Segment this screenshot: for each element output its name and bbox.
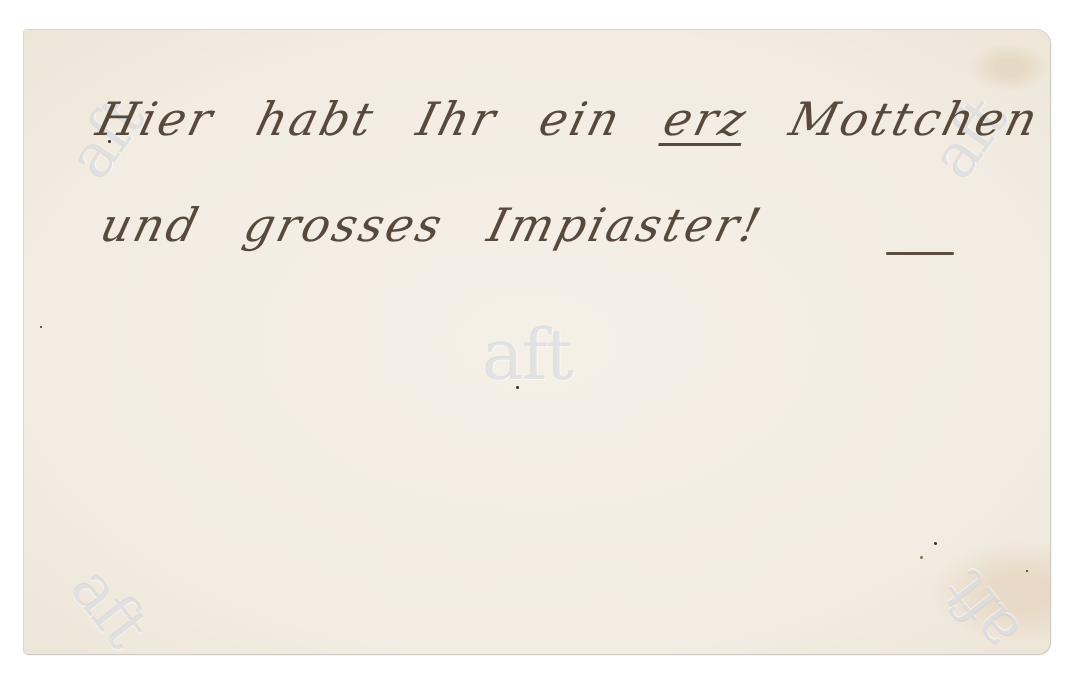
photo-stage: aft aft aft aft aft Hier habt Ihr ein er… [0,0,1080,676]
ink-speck [1026,570,1028,572]
ink-speck [40,326,42,328]
watermark-bottom-right: aft [928,559,1034,666]
handwriting-line-1-start: Hier habt Ihr ein [91,92,628,146]
ink-speck [934,542,937,545]
handwriting-line-2: und grosses Impiaster! [95,198,769,252]
ink-speck [516,386,519,389]
handwritten-card: aft aft aft aft aft Hier habt Ihr ein er… [24,30,1050,654]
handwriting-line-1: Hier habt Ihr ein erz Mottchen [91,92,1045,146]
handwriting-line-1-end: Mottchen [784,92,1045,146]
ink-speck [108,140,111,143]
ink-speck [920,556,923,559]
underlined-word: erz [658,92,754,146]
closing-dash [886,252,954,255]
watermark-center: aft [482,314,572,396]
watermark-bottom-left: aft [56,553,162,660]
